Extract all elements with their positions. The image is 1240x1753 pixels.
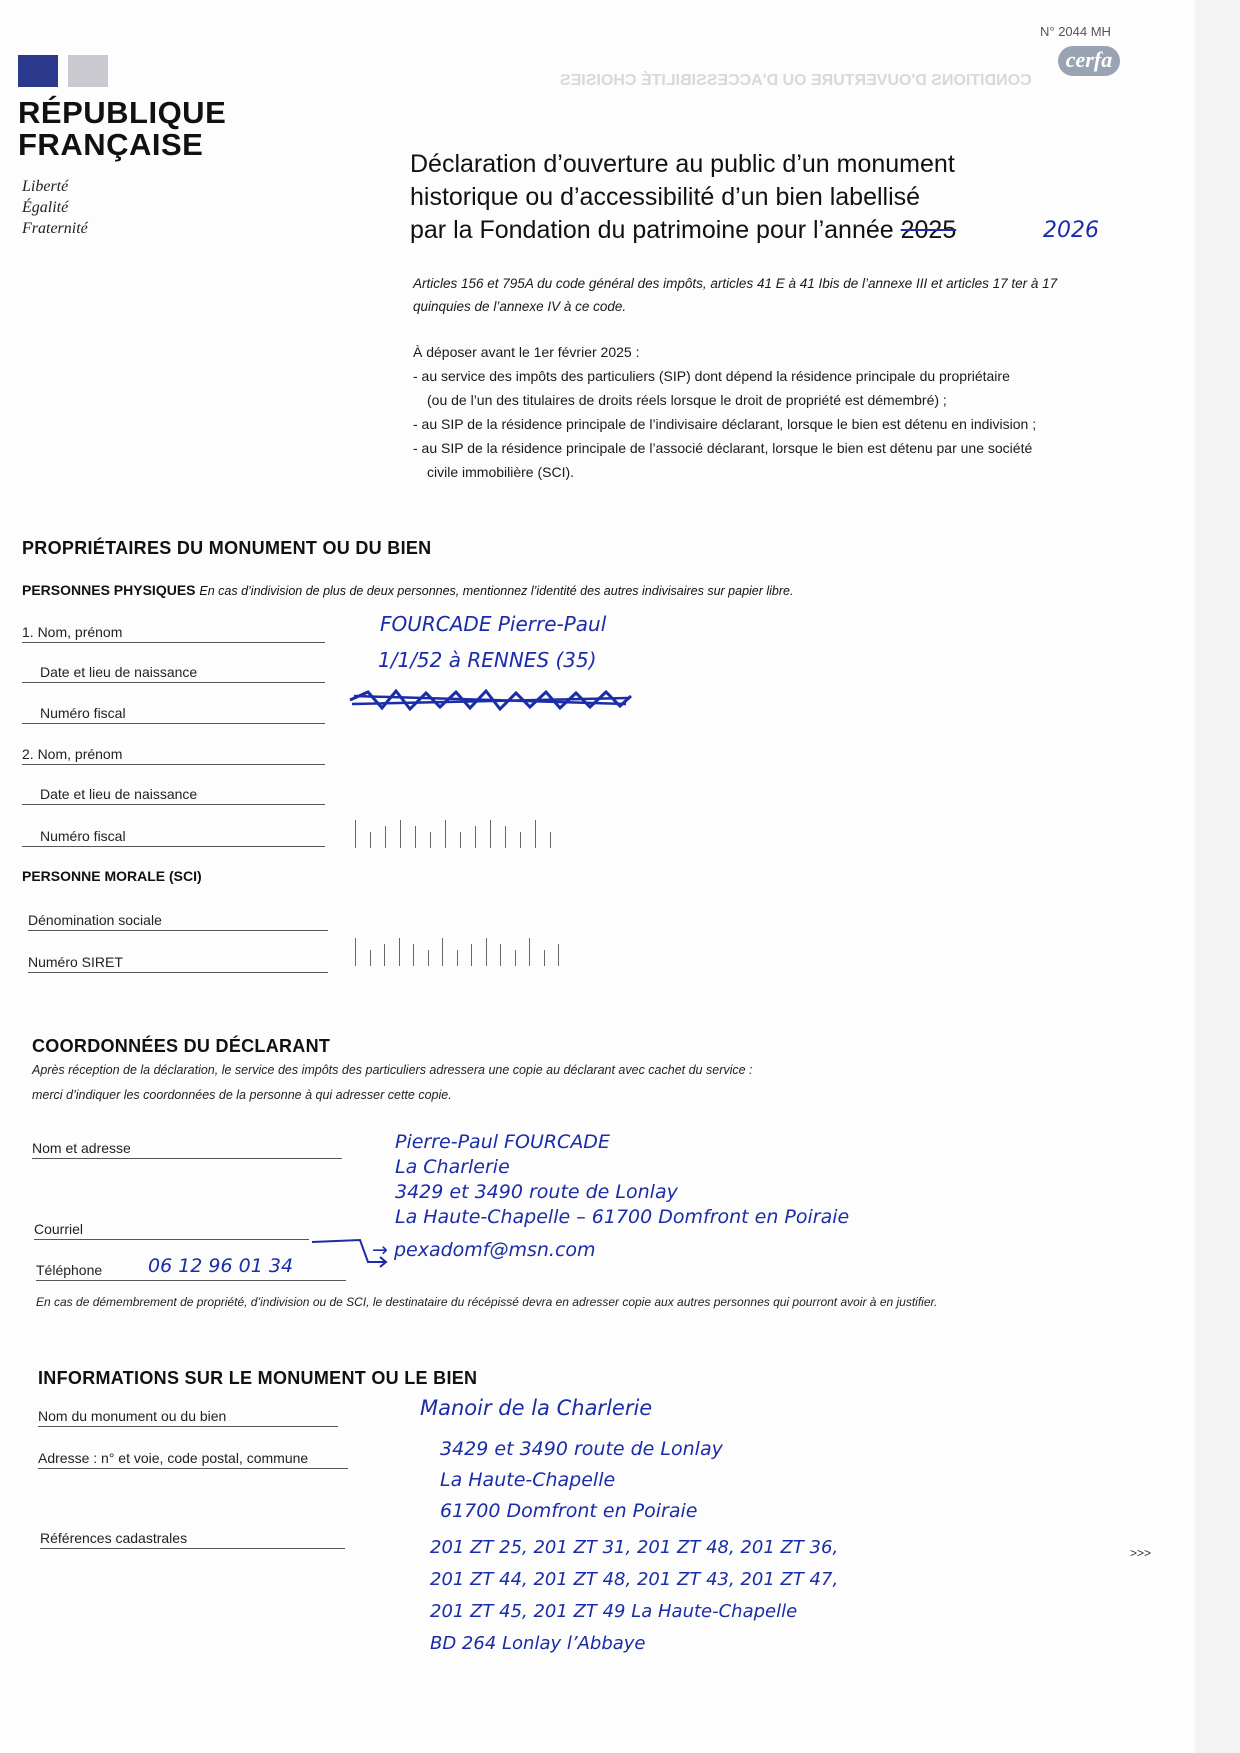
form-page: CONDITIONS D'OUVERTURE OU D'ACCESSIBILIT… — [0, 0, 1195, 1753]
moral-person-heading: PERSONNE MORALE (SCI) — [22, 868, 202, 884]
republique-francaise-logo: RÉPUBLIQUE FRANÇAISE — [18, 97, 226, 161]
name-address-label: Nom et adresse — [32, 1140, 342, 1159]
bleed-through-text: CONDITIONS D'OUVERTURE OU D'ACCESSIBILIT… — [560, 72, 1032, 90]
monument-name-label: Nom du monument ou du bien — [38, 1408, 338, 1427]
name2-label: 2. Nom, prénom — [22, 746, 325, 765]
siret-label: Numéro SIRET — [28, 954, 328, 973]
name1-field[interactable]: FOURCADE Pierre-Paul — [380, 612, 606, 636]
declarant-intro: Après réception de la déclaration, le se… — [32, 1058, 753, 1108]
email-label: Courriel — [34, 1221, 309, 1240]
form-title: Déclaration d’ouverture au public d’un m… — [410, 148, 1110, 247]
siret-field[interactable] — [355, 936, 560, 966]
declarant-section-title: COORDONNÉES DU DÉCLARANT — [32, 1036, 330, 1057]
fiscal1-field-redacted[interactable] — [348, 688, 633, 712]
deposit-instructions: À déposer avant le 1er février 2025 : - … — [413, 340, 1133, 484]
monument-name-field[interactable]: Manoir de la Charlerie — [420, 1396, 652, 1420]
physical-persons-heading: PERSONNES PHYSIQUES En cas d’indivision … — [22, 582, 793, 598]
handwritten-year: 2026 — [1043, 218, 1099, 243]
scan-edge — [1195, 0, 1240, 1753]
name-address-field[interactable]: Pierre-Paul FOURCADE La Charlerie 3429 e… — [395, 1130, 849, 1230]
continue-next-page-indicator: >>> — [1130, 1546, 1151, 1560]
birth1-field[interactable]: 1/1/52 à RENNES (35) — [378, 648, 597, 672]
birth2-label: Date et lieu de naissance — [22, 786, 325, 805]
email-field[interactable]: → pexadomf@msn.com — [372, 1238, 596, 1262]
marianne-logo — [18, 55, 108, 87]
legal-reference: Articles 156 et 795A du code général des… — [413, 272, 1113, 318]
fiscal2-field[interactable] — [355, 818, 555, 848]
fiscal1-label: Numéro fiscal — [22, 705, 325, 724]
phone-field[interactable]: 06 12 96 01 34 — [148, 1254, 293, 1278]
declarant-footnote: En cas de démembrement de propriété, d’i… — [36, 1290, 937, 1315]
cerfa-logo: cerfa — [1058, 46, 1120, 76]
cadastral-label: Références cadastrales — [40, 1530, 345, 1549]
birth1-label: Date et lieu de naissance — [22, 664, 325, 683]
owners-section-title: PROPRIÉTAIRES DU MONUMENT OU DU BIEN — [22, 538, 431, 559]
motto: Liberté Égalité Fraternité — [22, 176, 88, 239]
monument-section-title: INFORMATIONS SUR LE MONUMENT OU LE BIEN — [38, 1368, 477, 1389]
arrow-icon — [310, 1236, 390, 1276]
fiscal2-label: Numéro fiscal — [22, 828, 325, 847]
name1-label: 1. Nom, prénom — [22, 624, 325, 643]
cadastral-field[interactable]: 201 ZT 25, 201 ZT 31, 201 ZT 48, 201 ZT … — [430, 1532, 838, 1660]
physical-persons-note: En cas d’indivision de plus de deux pers… — [199, 584, 793, 598]
printed-year: 2025 — [901, 216, 957, 244]
monument-address-field[interactable]: 3429 et 3490 route de Lonlay La Haute-Ch… — [440, 1434, 723, 1527]
monument-address-label: Adresse : n° et voie, code postal, commu… — [38, 1450, 348, 1469]
denomination-label: Dénomination sociale — [28, 912, 328, 931]
form-number: N° 2044 MH — [1040, 24, 1111, 39]
